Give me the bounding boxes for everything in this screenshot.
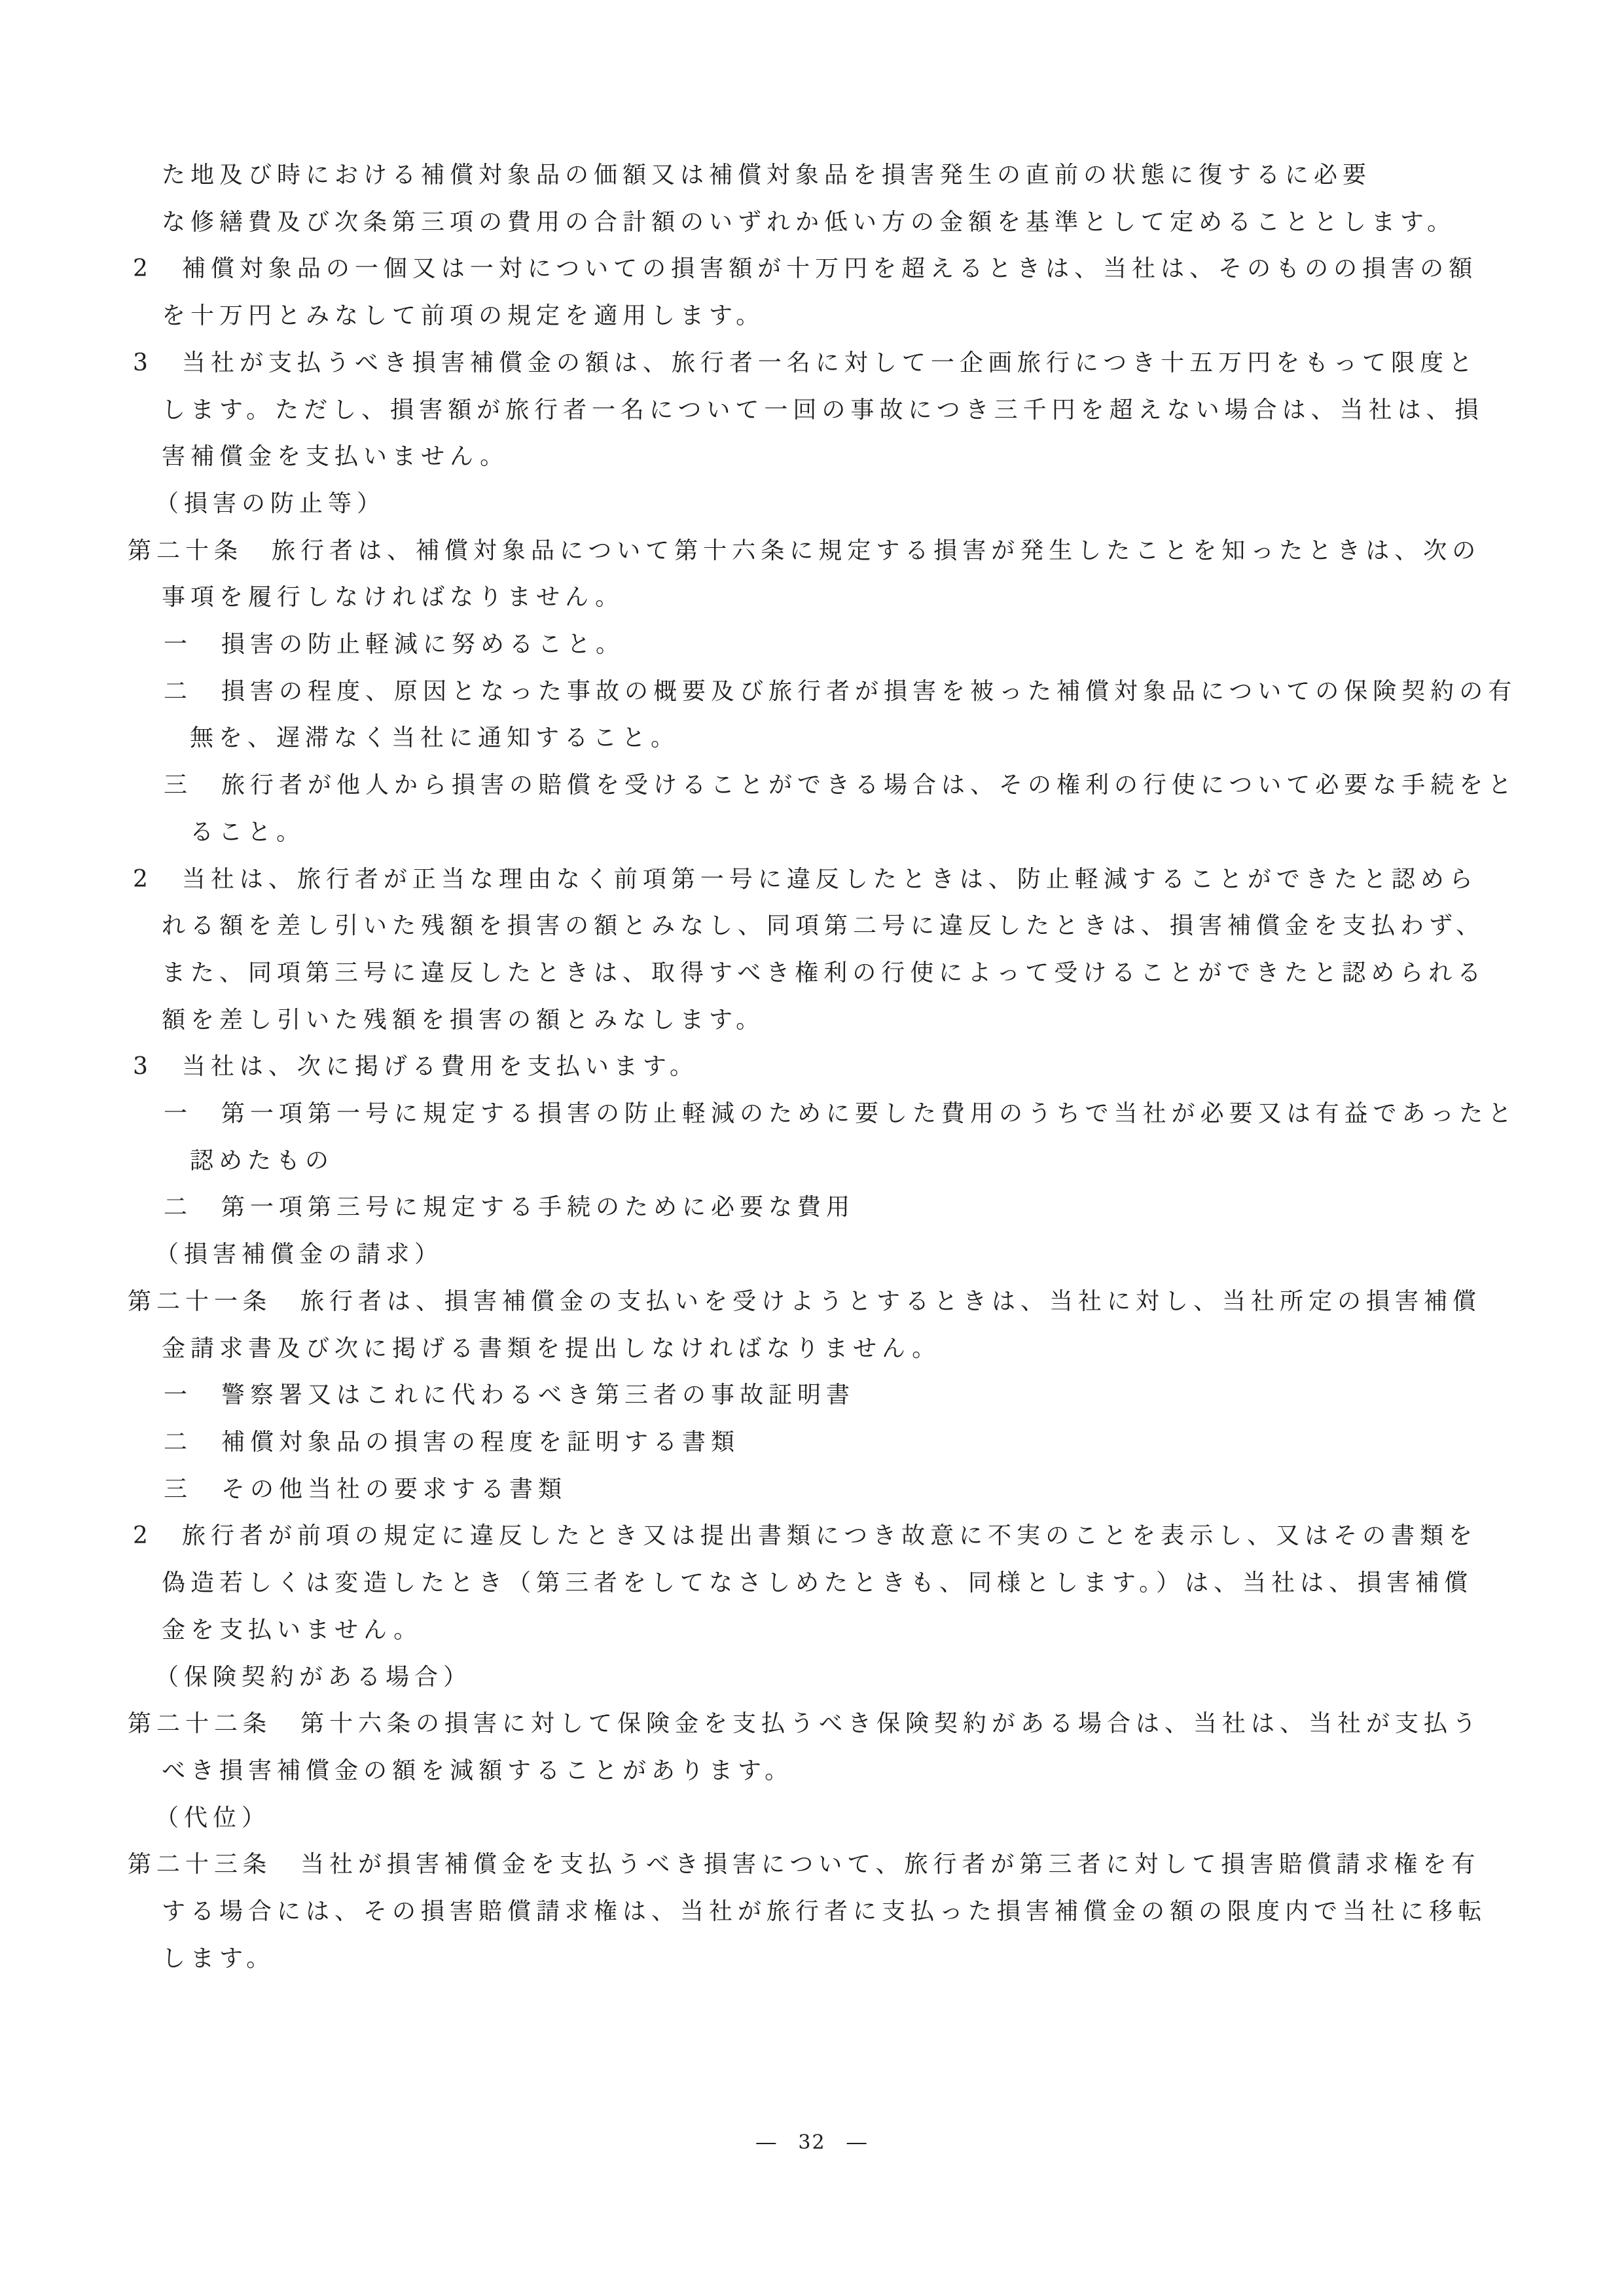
text-line: 三 旅行者が他人から損害の賠償を受けることができる場合は、その権利の行使について… <box>164 762 1578 809</box>
text-line: します。ただし、損害額が旅行者一名について一回の事故につき三千円を超えない場合は… <box>162 387 1578 434</box>
text-line: 第二十条 旅行者は、補償対象品について第十六条に規定する損害が発生したことを知っ… <box>128 528 1578 575</box>
text-line: 2 当社は、旅行者が正当な理由なく前項第一号に違反したときは、防止軽減することが… <box>133 856 1578 903</box>
text-line: 二 損害の程度、原因となった事故の概要及び旅行者が損害を被った補償対象品について… <box>164 668 1578 715</box>
text-line: （損害補償金の請求） <box>155 1231 1578 1278</box>
text-line: 3 当社が支払うべき損害補償金の額は、旅行者一名に対して一企画旅行につき十五万円… <box>133 340 1578 387</box>
text-line: 第二十三条 当社が損害補償金を支払うべき損害について、旅行者が第三者に対して損害… <box>128 1841 1578 1888</box>
document-page: た地及び時における補償対象品の価額又は補償対象品を損害発生の直前の状態に復するに… <box>0 0 1624 2296</box>
text-line: 一 第一項第一号に規定する損害の防止軽減のために要した費用のうちで当社が必要又は… <box>164 1090 1578 1138</box>
text-line: 第二十一条 旅行者は、損害補償金の支払いを受けようとするときは、当社に対し、当社… <box>128 1278 1578 1325</box>
text-line: 第二十二条 第十六条の損害に対して保険金を支払うべき保険契約がある場合は、当社は… <box>128 1700 1578 1748</box>
text-line: します。 <box>162 1935 1578 1982</box>
text-line: 二 補償対象品の損害の程度を証明する書類 <box>164 1419 1578 1466</box>
text-line: （代位） <box>155 1795 1578 1842</box>
text-line: 金を支払いません。 <box>162 1607 1578 1654</box>
text-line: ること。 <box>190 809 1578 856</box>
text-line: 3 当社は、次に掲げる費用を支払います。 <box>133 1043 1578 1090</box>
text-line: 二 第一項第三号に規定する手続のために必要な費用 <box>164 1184 1578 1231</box>
text-line: 2 旅行者が前項の規定に違反したとき又は提出書類につき故意に不実のことを表示し、… <box>133 1513 1578 1560</box>
text-line: た地及び時における補償対象品の価額又は補償対象品を損害発生の直前の状態に復するに… <box>162 152 1578 199</box>
text-line: 一 損害の防止軽減に努めること。 <box>164 621 1578 668</box>
text-line: する場合には、その損害賠償請求権は、当社が旅行者に支払った損害補償金の額の限度内… <box>162 1888 1578 1935</box>
text-line: 三 その他当社の要求する書類 <box>164 1466 1578 1513</box>
document-text: た地及び時における補償対象品の価額又は補償対象品を損害発生の直前の状態に復するに… <box>128 152 1578 1982</box>
text-line: べき損害補償金の額を減額することがあります。 <box>162 1748 1578 1795</box>
text-line: を十万円とみなして前項の規定を適用します。 <box>162 293 1578 340</box>
text-line: 額を差し引いた残額を損害の額とみなします。 <box>162 997 1578 1044</box>
text-line: 無を、遅滞なく当社に通知すること。 <box>190 715 1578 762</box>
text-line: 認めたもの <box>190 1138 1578 1185</box>
text-line: 金請求書及び次に掲げる書類を提出しなければなりません。 <box>162 1325 1578 1372</box>
text-line: （保険契約がある場合） <box>155 1654 1578 1701</box>
page-number: ― 32 ― <box>0 2126 1624 2155</box>
text-line: 害補償金を支払いません。 <box>162 433 1578 480</box>
text-line: 偽造若しくは変造したとき（第三者をしてなさしめたときも、同様とします。）は、当社… <box>162 1560 1578 1607</box>
text-line: れる額を差し引いた残額を損害の額とみなし、同項第二号に違反したときは、損害補償金… <box>162 903 1578 950</box>
text-line: 事項を履行しなければなりません。 <box>162 574 1578 621</box>
text-line: 一 警察署又はこれに代わるべき第三者の事故証明書 <box>164 1372 1578 1419</box>
text-line: な修繕費及び次条第三項の費用の合計額のいずれか低い方の金額を基準として定めること… <box>162 199 1578 246</box>
text-line: また、同項第三号に違反したときは、取得すべき権利の行使によって受けることができた… <box>162 950 1578 997</box>
text-line: （損害の防止等） <box>155 480 1578 528</box>
text-line: 2 補償対象品の一個又は一対についての損害額が十万円を超えるときは、当社は、その… <box>133 245 1578 293</box>
